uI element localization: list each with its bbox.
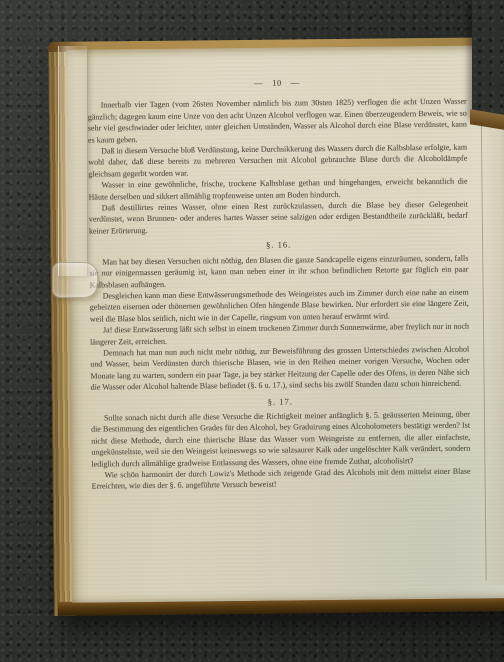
paragraph: Daß in diesem Versuche bloß Verdünstung,… [88, 142, 467, 180]
folio-dash-left: — [254, 78, 263, 89]
section-heading: §. 16. [89, 238, 468, 253]
folio-dash-right: — [291, 77, 300, 88]
folio-number: 10 [272, 78, 282, 90]
paragraph: Demnach hat man nun auch nicht mehr nöth… [90, 344, 469, 394]
page-text-block: — 10 — Innerhalb vier Tagen (vom 26sten … [87, 76, 470, 493]
paragraph: Wie schön harmonirt der durch Lowiz's Me… [91, 466, 470, 493]
paragraph: Innerhalb vier Tagen (vom 26sten Novembe… [88, 96, 467, 146]
paragraph: Desgleichen kann man diese Entwässerungs… [90, 287, 469, 325]
page-number: — 10 — [87, 76, 466, 91]
plastic-page-holder-foot [52, 262, 98, 298]
section-heading: §. 17. [91, 394, 470, 409]
paragraph: Man hat bey diesen Versuchen nicht nöthi… [89, 252, 468, 290]
paragraph: Daß destillirtes reines Wasser, ohne ein… [89, 199, 468, 237]
paragraph: Sollte sonach nicht durch alle diese Ver… [91, 409, 471, 470]
book: — 10 — Innerhalb vier Tagen (vom 26sten … [48, 37, 504, 616]
plastic-page-holder-strip [58, 46, 88, 276]
book-cover-corner [472, 0, 504, 118]
page: — 10 — Innerhalb vier Tagen (vom 26sten … [66, 45, 504, 603]
